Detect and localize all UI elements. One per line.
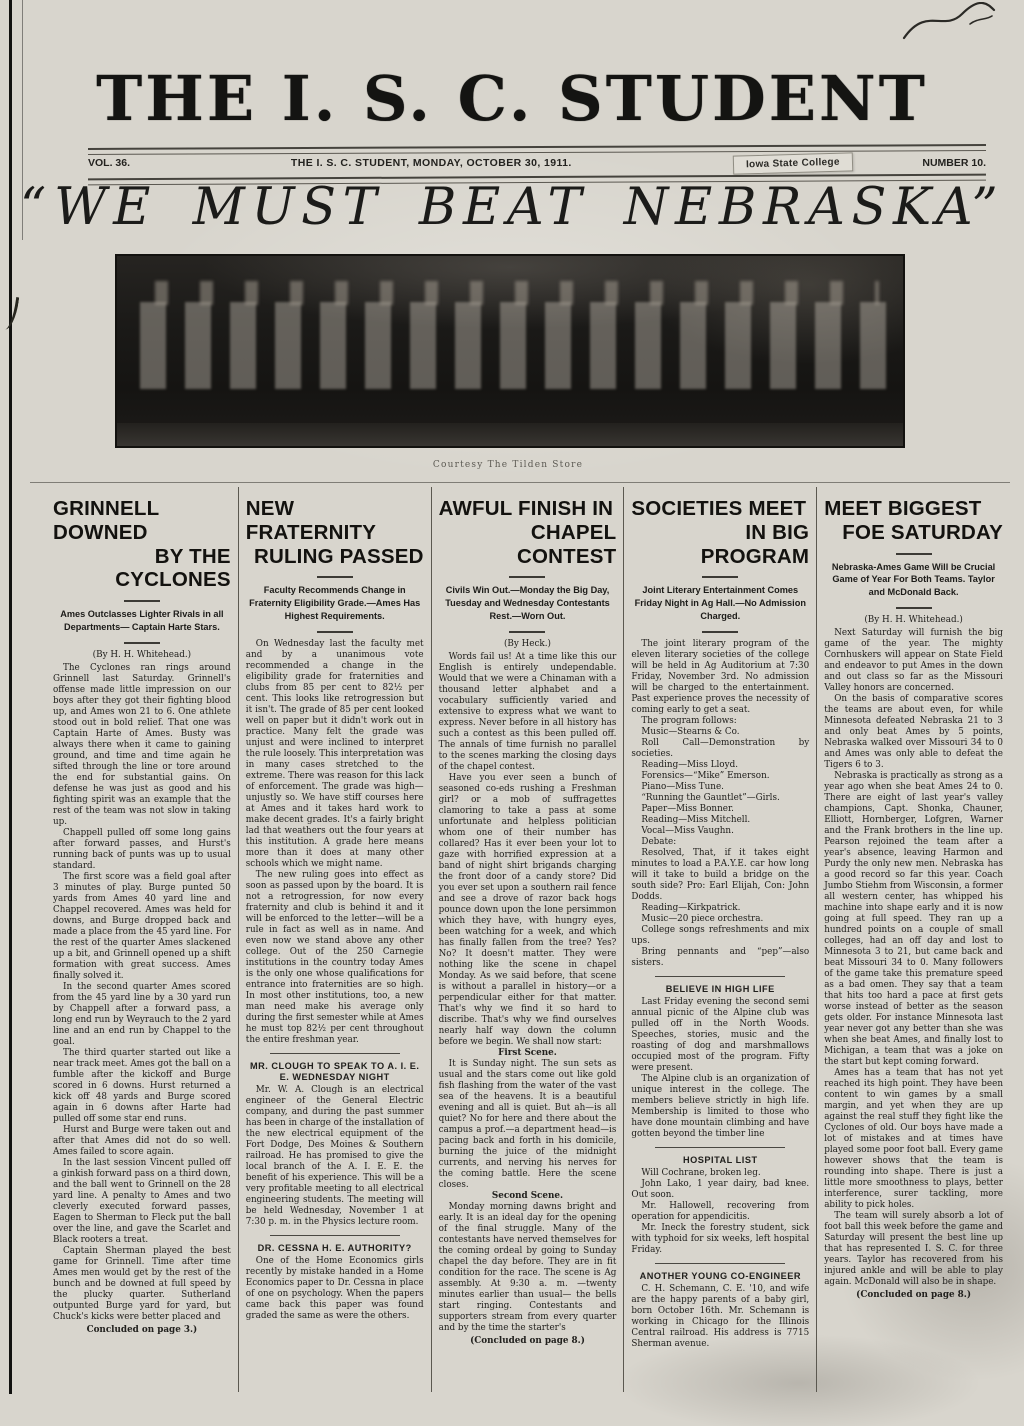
columns-top-rule xyxy=(30,482,1010,483)
column-subhead: Nebraska-Ames Game Will be Crucial Game … xyxy=(824,561,1003,600)
banner-headline: “WE MUST BEAT NEBRASKA” xyxy=(20,178,1004,237)
body-paragraph: The joint literary program of the eleven… xyxy=(631,639,809,716)
column-headline: SOCIETIES MEETIN BIG PROGRAM xyxy=(631,497,809,568)
headline-line: NEW FRATERNITY xyxy=(246,497,424,545)
section-heading: HOSPITAL LIST xyxy=(631,1155,809,1166)
body-paragraph: Next Saturday will furnish the big game … xyxy=(824,628,1003,694)
body-paragraph: The third quarter started out like a nea… xyxy=(53,1048,231,1125)
section-heading: BELIEVE IN HIGH LIFE xyxy=(631,984,809,995)
library-stamp: Iowa State College xyxy=(732,152,852,174)
body-paragraph: In the second quarter Ames scored from t… xyxy=(53,982,231,1048)
continuation-note: (Concluded on page 8.) xyxy=(824,1290,1003,1301)
subhead-rule xyxy=(509,631,545,633)
headline-rule xyxy=(124,600,160,602)
body-paragraph: The new ruling goes into effect as soon … xyxy=(246,870,424,1046)
football-team-photo xyxy=(115,254,905,448)
byline: (By H. H. Whitehead.) xyxy=(53,650,231,661)
body-paragraph: Music—20 piece orchestra. xyxy=(631,914,809,925)
pen-squiggle-icon xyxy=(900,2,996,44)
subhead-rule xyxy=(702,631,738,633)
news-column: SOCIETIES MEETIN BIG PROGRAMJoint Litera… xyxy=(624,487,817,1392)
byline: (By H. H. Whitehead.) xyxy=(824,615,1003,626)
subhead-rule xyxy=(896,607,932,609)
body-paragraph: John Lako, 1 year dairy, bad knee. Out s… xyxy=(631,1179,809,1201)
section-rule xyxy=(270,1235,400,1236)
section-heading: MR. CLOUGH TO SPEAK TO A. I. E. E. WEDNE… xyxy=(246,1061,424,1083)
body-paragraph: Music—Stearns & Co. xyxy=(631,727,809,738)
news-column: MEET BIGGESTFOE SATURDAYNebraska-Ames Ga… xyxy=(817,487,1010,1392)
body-paragraph: Forensics—“Mike” Emerson. xyxy=(631,771,809,782)
news-column: NEW FRATERNITYRULING PASSEDFaculty Recom… xyxy=(239,487,432,1392)
column-subhead: Joint Literary Entertainment Comes Frida… xyxy=(631,584,809,623)
body-paragraph: It is Sunday night. The sun sets as usua… xyxy=(439,1059,617,1191)
body-paragraph: One of the Home Economics girls recently… xyxy=(246,1256,424,1322)
column-headline: AWFUL FINISH INCHAPEL CONTEST xyxy=(439,497,617,568)
section-rule xyxy=(655,976,785,977)
news-column: AWFUL FINISH INCHAPEL CONTESTCivils Win … xyxy=(432,487,625,1392)
issue-number-label: NUMBER 10. xyxy=(922,157,986,169)
continuation-note: (Concluded on page 8.) xyxy=(439,1336,617,1347)
body-paragraph: Mr. Hallowell, recovering from operation… xyxy=(631,1201,809,1223)
body-paragraph: Roll Call—Demonstration by societies. xyxy=(631,738,809,760)
headline-line: FOE SATURDAY xyxy=(824,521,1003,545)
body-paragraph: College songs refreshments and mix ups. xyxy=(631,925,809,947)
body-paragraph: The team will surely absorb a lot of foo… xyxy=(824,1211,1003,1288)
headline-rule xyxy=(702,576,738,578)
photo-caption: Courtesy The Tilden Store xyxy=(115,460,901,470)
column-body: The joint literary program of the eleven… xyxy=(631,639,809,1350)
column-subhead: Ames Outclasses Lighter Rivals in all De… xyxy=(53,608,231,634)
body-paragraph: Resolved, That, if it takes eight minute… xyxy=(631,848,809,903)
volume-label: VOL. 36. xyxy=(88,157,130,169)
body-paragraph: Reading—Miss Lloyd. xyxy=(631,760,809,771)
body-paragraph: The first score was a field goal after 3… xyxy=(53,872,231,982)
section-rule xyxy=(270,1053,400,1054)
scan-edge-line xyxy=(9,0,12,1394)
body-paragraph: Will Cochrane, broken leg. xyxy=(631,1168,809,1179)
body-paragraph: C. H. Schemann, C. E. '10, and wife are … xyxy=(631,1284,809,1350)
body-paragraph: “Running the Gauntlet”—Girls. xyxy=(631,793,809,804)
body-paragraph: Bring pennants and “pep”—also sisters. xyxy=(631,947,809,969)
dateline: THE I. S. C. STUDENT, MONDAY, OCTOBER 30… xyxy=(291,157,572,169)
body-paragraph: Ames has a team that has not yet reached… xyxy=(824,1068,1003,1211)
headline-line: BY THE CYCLONES xyxy=(53,545,231,593)
body-paragraph: Paper—Miss Bonner. xyxy=(631,804,809,815)
body-paragraph: Monday morning dawns bright and early. I… xyxy=(439,1202,617,1334)
scene-heading: First Scene. xyxy=(439,1048,617,1059)
folio-bar: VOL. 36. THE I. S. C. STUDENT, MONDAY, O… xyxy=(88,150,986,176)
column-headline: MEET BIGGESTFOE SATURDAY xyxy=(824,497,1003,545)
column-headline: GRINNELL DOWNEDBY THE CYCLONES xyxy=(53,497,231,592)
news-columns: GRINNELL DOWNEDBY THE CYCLONESAmes Outcl… xyxy=(46,487,1010,1392)
body-paragraph: Chappell pulled off some long gains afte… xyxy=(53,828,231,872)
body-paragraph: Mr. W. A. Clough is an electrical engine… xyxy=(246,1085,424,1228)
body-paragraph: Last Friday evening the second semi annu… xyxy=(631,997,809,1074)
body-paragraph: Captain Sherman played the best game for… xyxy=(53,1246,231,1323)
column-headline: NEW FRATERNITYRULING PASSED xyxy=(246,497,424,568)
body-paragraph: The program follows: xyxy=(631,716,809,727)
newspaper-title: THE I. S. C. STUDENT xyxy=(0,62,1024,135)
newspaper-front-page: THE I. S. C. STUDENT VOL. 36. THE I. S. … xyxy=(0,0,1024,1426)
body-paragraph: Have you ever seen a bunch of seasoned c… xyxy=(439,773,617,1048)
body-paragraph: Nebraska is practically as strong as a y… xyxy=(824,771,1003,1068)
news-column: GRINNELL DOWNEDBY THE CYCLONESAmes Outcl… xyxy=(46,487,239,1392)
body-paragraph: Hurst and Burge were taken out and after… xyxy=(53,1125,231,1158)
headline-rule xyxy=(317,576,353,578)
body-paragraph: On the basis of comparative scores the t… xyxy=(824,694,1003,771)
headline-line: SOCIETIES MEET xyxy=(631,497,809,521)
body-paragraph: Vocal—Miss Vaughn. xyxy=(631,826,809,837)
headline-line: MEET BIGGEST xyxy=(824,497,1003,521)
byline: (By Heck.) xyxy=(439,639,617,650)
column-body: (By H. H. Whitehead.)Next Saturday will … xyxy=(824,615,1003,1301)
column-body: On Wednesday last the faculty met and by… xyxy=(246,639,424,1322)
scene-heading: Second Scene. xyxy=(439,1191,617,1202)
body-paragraph: Debate: xyxy=(631,837,809,848)
headline-rule xyxy=(509,576,545,578)
continuation-note: Concluded on page 3.) xyxy=(53,1325,231,1336)
column-body: (By Heck.)Words fail us! At a time like … xyxy=(439,639,617,1347)
subhead-rule xyxy=(317,631,353,633)
column-body: (By H. H. Whitehead.)The Cyclones ran ri… xyxy=(53,650,231,1336)
section-heading: ANOTHER YOUNG CO-ENGINEER xyxy=(631,1271,809,1282)
headline-line: RULING PASSED xyxy=(246,545,424,569)
body-paragraph: The Cyclones ran rings around Grinnell l… xyxy=(53,663,231,828)
headline-line: CHAPEL CONTEST xyxy=(439,521,617,569)
section-heading: DR. CESSNA H. E. AUTHORITY? xyxy=(246,1243,424,1254)
headline-line: IN BIG PROGRAM xyxy=(631,521,809,569)
body-paragraph: Piano—Miss Tune. xyxy=(631,782,809,793)
column-subhead: Faculty Recommends Change in Fraternity … xyxy=(246,584,424,623)
section-rule xyxy=(655,1147,785,1148)
headline-line: GRINNELL DOWNED xyxy=(53,497,231,545)
body-paragraph: In the last session Vincent pulled off a… xyxy=(53,1158,231,1246)
column-subhead: Civils Win Out.—Monday the Big Day, Tues… xyxy=(439,584,617,623)
body-paragraph: Reading—Kirkpatrick. xyxy=(631,903,809,914)
subhead-rule xyxy=(124,642,160,644)
headline-rule xyxy=(896,553,932,555)
body-paragraph: The Alpine club is an organization of un… xyxy=(631,1074,809,1140)
headline-line: AWFUL FINISH IN xyxy=(439,497,617,521)
body-paragraph: Words fail us! At a time like this our E… xyxy=(439,652,617,773)
body-paragraph: Reading—Miss Mitchell. xyxy=(631,815,809,826)
body-paragraph: Mr. Ineck the forestry student, sick wit… xyxy=(631,1223,809,1256)
body-paragraph: On Wednesday last the faculty met and by… xyxy=(246,639,424,870)
section-rule xyxy=(655,1263,785,1264)
pen-margin-mark xyxy=(0,295,19,331)
